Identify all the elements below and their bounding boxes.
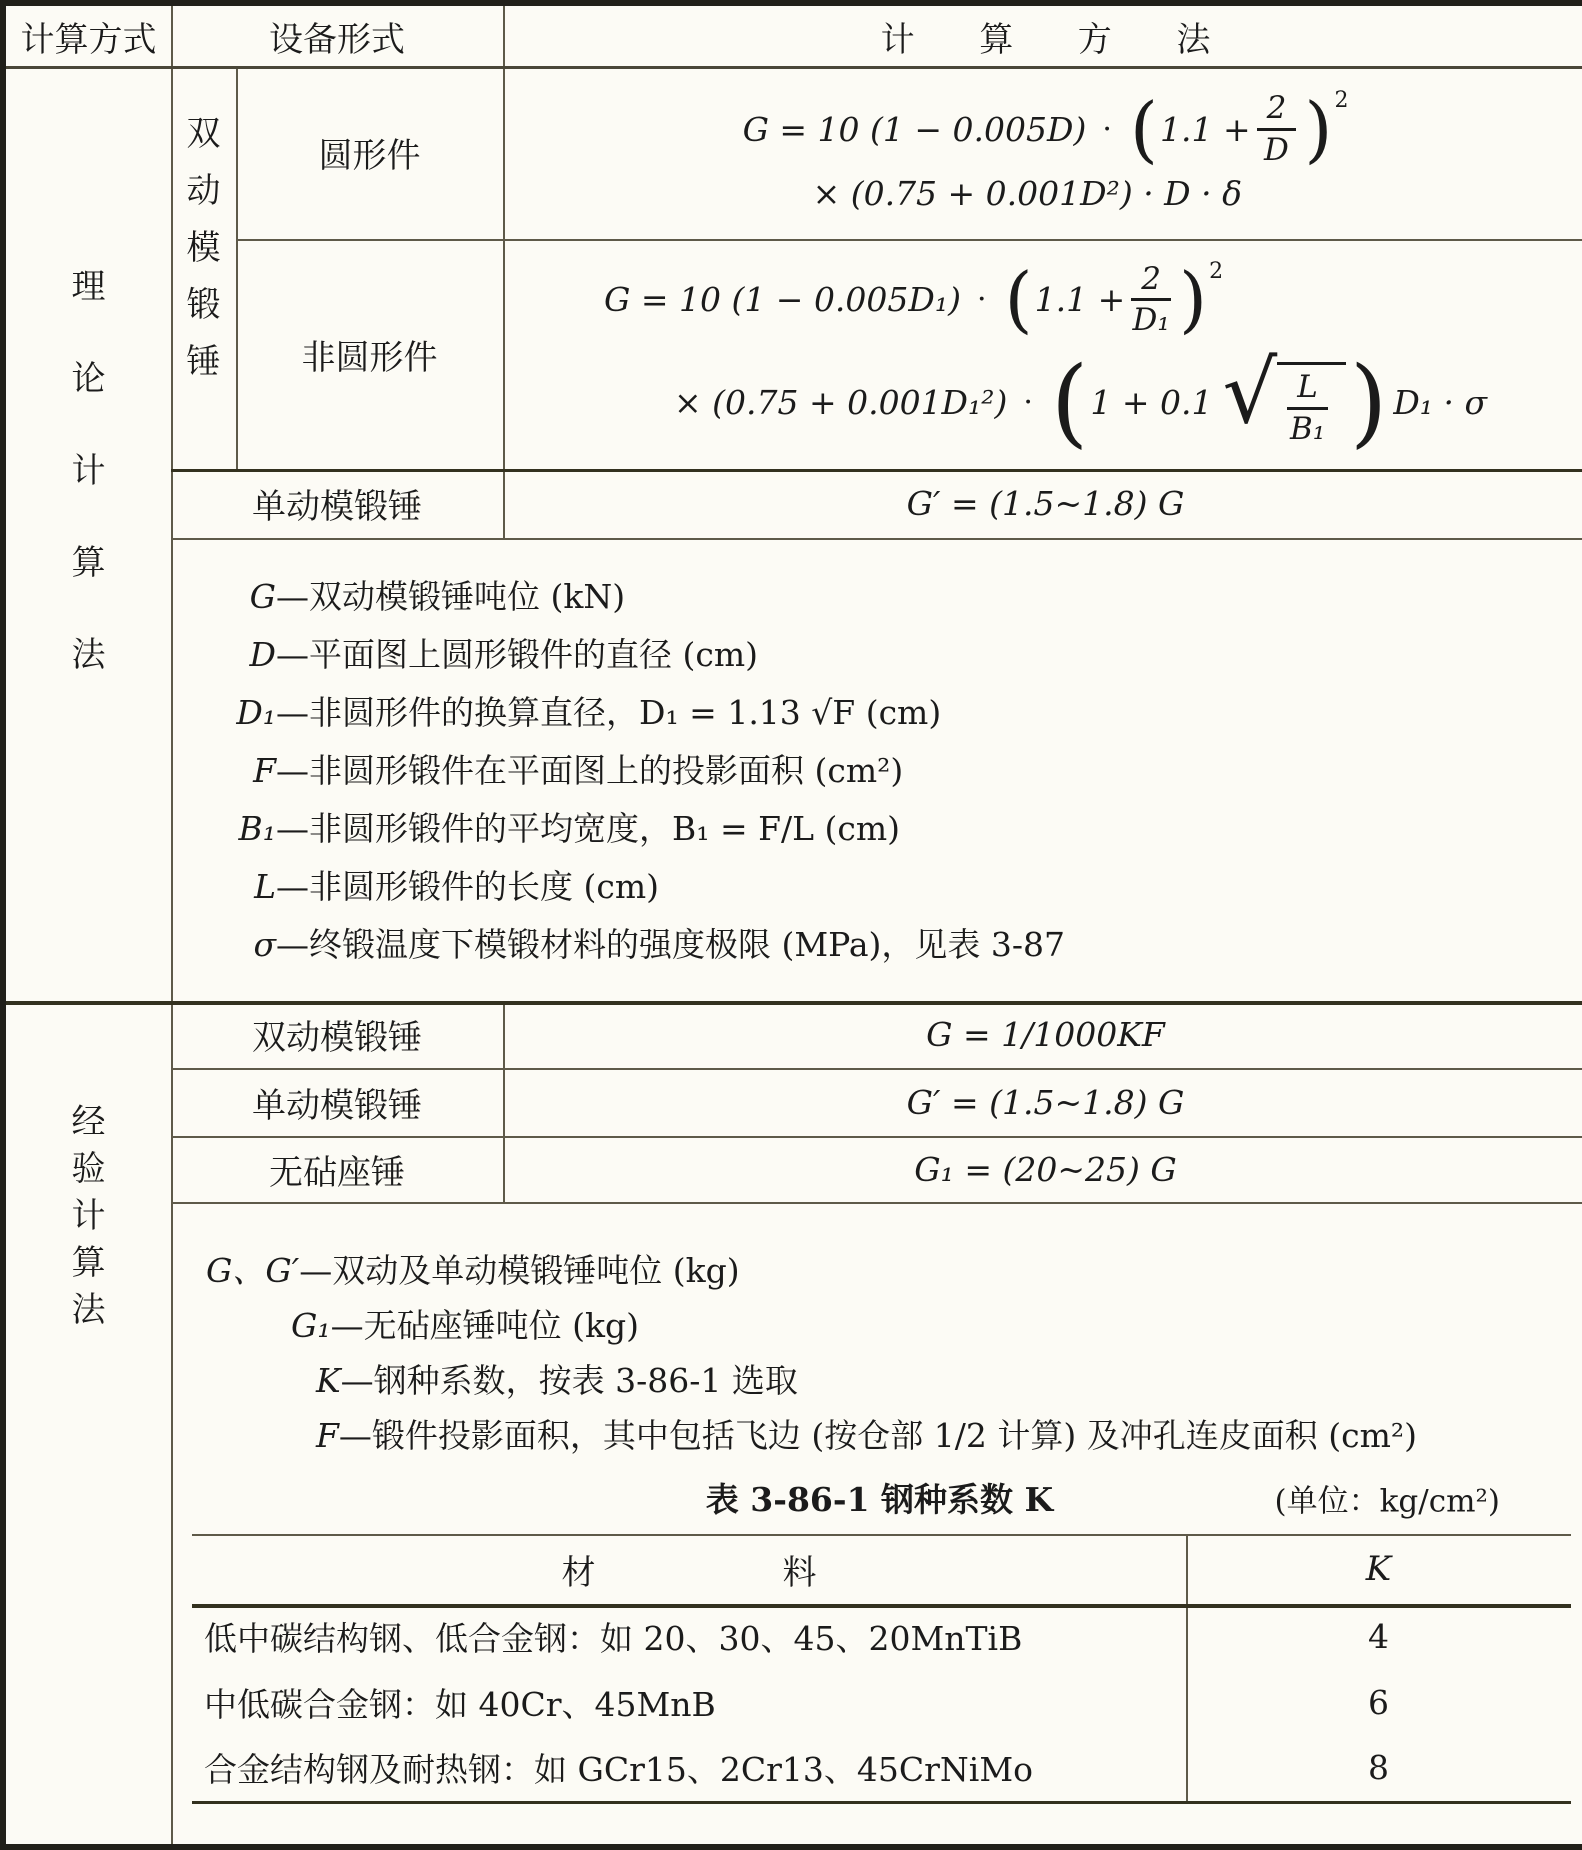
note-term: F (316, 1419, 339, 1453)
empirical-row3-label: 无砧座锤 (269, 1145, 405, 1194)
theory-single-hammer-formula-cell: G′ = (1.5~1.8) G (503, 469, 1582, 538)
note-line: G—双动模锻锤吨位 (kN) (181, 580, 1582, 614)
empirical-row3-formula-cell: G₁ = (20~25) G (503, 1136, 1582, 1202)
note-line: L—非圆形锻件的长度 (cm) (181, 870, 1582, 904)
subtable-k-value: 6 (1186, 1683, 1571, 1722)
empirical-notes-block: G、G′—双动及单动模锻锤吨位 (kg) G₁—无砧座锤吨位 (kg) K—钢种… (171, 1202, 1582, 1461)
empirical-row1-label: 双动模锻锤 (252, 1010, 422, 1059)
empirical-row2-label: 单动模锻锤 (252, 1078, 422, 1127)
note-term: B₁ (181, 812, 276, 846)
formula-text: 1.1 + (1035, 280, 1126, 319)
fraction-denominator: D (1264, 131, 1289, 167)
subtable-k-header: K (1366, 1549, 1391, 1589)
empirical-row1-label-cell: 双动模锻锤 (171, 1001, 503, 1068)
subtable-material: 中低碳合金钢：如 40Cr、45MnB (192, 1679, 1186, 1726)
subtable-title-row: 表 3-86-1 钢种系数 K (单位：kg/cm²) (171, 1461, 1582, 1534)
note-line: F—锻件投影面积，其中包括飞边 (按仓部 1/2 计算) 及冲孔连皮面积 (cm… (171, 1419, 1582, 1453)
note-term: D (181, 638, 276, 672)
empirical-row1-formula-cell: G = 1/1000KF (503, 1001, 1582, 1068)
header-method: 计算方法 (503, 6, 1582, 66)
formula-text: D₁ · σ (1393, 383, 1487, 422)
subtable-k-value: 8 (1186, 1748, 1571, 1787)
subtable-material: 合金结构钢及耐热钢：如 GCr15、2Cr13、45CrNiMo (192, 1744, 1186, 1791)
note-line: G、G′—双动及单动模锻锤吨位 (kg) (171, 1254, 1582, 1288)
empirical-section-label-text: 经验计算法 (69, 1099, 109, 1334)
formula-text: × (0.75 + 0.001D²) · D · δ (813, 174, 1242, 213)
subtable-unit: (单位：kg/cm²) (1275, 1475, 1500, 1520)
note-text: —锻件投影面积，其中包括飞边 (按仓部 1/2 计算) 及冲孔连皮面积 (cm²… (339, 1419, 1417, 1453)
formula-text: G = 10 (1 − 0.005D₁) (604, 280, 961, 319)
note-term: σ (181, 928, 276, 962)
theory-single-hammer-label: 单动模锻锤 (252, 479, 422, 528)
note-line: K—钢种系数，按表 3-86-1 选取 (171, 1364, 1582, 1398)
dot-operator: · (1102, 112, 1112, 147)
header-calc-mode: 计算方式 (6, 6, 171, 66)
big-paren-open: ( (1005, 267, 1033, 332)
subtable-material-header: 材料 (375, 1545, 1004, 1594)
subtable-material: 低中碳结构钢、低合金钢：如 20、30、45、20MnTiB (192, 1613, 1186, 1660)
subtable-row: 低中碳结构钢、低合金钢：如 20、30、45、20MnTiB 4 (192, 1604, 1571, 1670)
handbook-table-page: 计算方式 设备形式 计算方法 理论计算法 双动模锻锤 圆形件 G = 10 (1… (0, 0, 1582, 1850)
note-term: G (181, 580, 276, 614)
empirical-section-label: 经验计算法 (6, 1001, 171, 1844)
note-term: F (181, 754, 276, 788)
subtable-k-header-cell: K (1186, 1534, 1571, 1604)
circular-formula-cell: G = 10 (1 − 0.005D) · ( 1.1 + 2D ) 2 × (… (503, 66, 1582, 239)
subtable-title: 表 3-86-1 钢种系数 K (706, 1474, 1053, 1521)
dot-operator: · (1023, 385, 1033, 420)
note-line: B₁—非圆形锻件的平均宽度，B₁ = F/L (cm) (181, 812, 1582, 846)
big-paren-open: ( (1130, 97, 1158, 162)
subtable-row: 合金结构钢及耐热钢：如 GCr15、2Cr13、45CrNiMo 8 (192, 1735, 1571, 1801)
empirical-row3-label-cell: 无砧座锤 (171, 1136, 503, 1202)
header-calc-mode-label: 计算方式 (21, 12, 157, 61)
big-paren-open: ( (1051, 359, 1088, 445)
note-text: —无砧座锤吨位 (kg) (331, 1309, 639, 1343)
note-line: σ—终锻温度下模锻材料的强度极限 (MPa)，见表 3-87 (181, 928, 1582, 962)
note-text: —非圆形锻件的平均宽度，B₁ = F/L (cm) (276, 812, 900, 846)
header-equipment: 设备形式 (171, 6, 503, 66)
note-text: —双动及单动模锻锤吨位 (kg) (299, 1254, 739, 1288)
circular-label: 圆形件 (319, 128, 421, 177)
exponent: 2 (1209, 259, 1223, 284)
noncircular-formula-cell: G = 10 (1 − 0.005D₁) · ( 1.1 + 2D₁ ) 2 ×… (503, 239, 1582, 469)
fraction-numerator: 2 (1257, 92, 1297, 131)
note-text: —非圆形锻件在平面图上的投影面积 (cm²) (276, 754, 903, 788)
subtable-material-header-cell: 材料 (192, 1534, 1186, 1604)
formula-text: 1 + 0.1 (1090, 383, 1212, 422)
noncircular-formula-line1: G = 10 (1 − 0.005D₁) · ( 1.1 + 2D₁ ) 2 (604, 263, 1223, 337)
empirical-row3-formula: G₁ = (20~25) G (914, 1150, 1176, 1189)
note-text: —双动模锻锤吨位 (kN) (276, 580, 625, 614)
note-text: —终锻温度下模锻材料的强度极限 (MPa)，见表 3-87 (276, 928, 1065, 962)
circular-formula-line2: × (0.75 + 0.001D²) · D · δ (743, 174, 1242, 213)
fraction-numerator: 2 (1131, 263, 1171, 302)
theory-double-hammer-label-text: 双动模锻锤 (184, 106, 224, 391)
note-text: —钢种系数，按表 3-86-1 选取 (341, 1364, 798, 1398)
theory-double-hammer-label: 双动模锻锤 (171, 66, 236, 469)
header-equipment-label: 设备形式 (269, 12, 405, 61)
subtable-row: 中低碳合金钢：如 40Cr、45MnB 6 (192, 1670, 1571, 1736)
note-line: D₁—非圆形件的换算直径，D₁ = 1.13 √F (cm) (181, 696, 1582, 730)
note-line: D—平面图上圆形锻件的直径 (cm) (181, 638, 1582, 672)
formula-text: × (0.75 + 0.001D₁²) (674, 383, 1007, 422)
note-text: —平面图上圆形锻件的直径 (cm) (276, 638, 758, 672)
radical-sign: √ (1222, 359, 1277, 428)
theory-notes-block: G—双动模锻锤吨位 (kN) D—平面图上圆形锻件的直径 (cm) D₁—非圆形… (171, 538, 1582, 1001)
empirical-row2-formula-cell: G′ = (1.5~1.8) G (503, 1068, 1582, 1136)
fraction: LB₁ (1287, 371, 1328, 445)
subtable-k-value: 4 (1186, 1617, 1571, 1656)
empirical-row1-formula: G = 1/1000KF (926, 1015, 1165, 1054)
grid-line-page-bottom (6, 1844, 1582, 1850)
header-method-label: 计算方法 (816, 12, 1275, 61)
note-line: G₁—无砧座锤吨位 (kg) (171, 1309, 1582, 1343)
exponent: 2 (1334, 88, 1348, 113)
fraction-denominator: B₁ (1290, 410, 1325, 446)
note-line: F—非圆形锻件在平面图上的投影面积 (cm²) (181, 754, 1582, 788)
noncircular-formula-line2: × (0.75 + 0.001D₁²) · ( 1 + 0.1 √ LB₁ ) … (604, 359, 1487, 445)
square-root: √ LB₁ (1222, 359, 1345, 445)
fraction-denominator: D₁ (1132, 301, 1169, 337)
big-paren-close: ) (1304, 97, 1332, 162)
note-term: G₁ (291, 1309, 331, 1343)
theory-single-hammer-formula: G′ = (1.5~1.8) G (907, 484, 1185, 523)
formula-text: 1.1 + (1160, 110, 1251, 149)
theory-single-hammer-label-cell: 单动模锻锤 (171, 469, 503, 538)
fraction: 2D₁ (1131, 263, 1171, 337)
note-term: K (316, 1364, 341, 1398)
circular-label-cell: 圆形件 (236, 66, 503, 239)
theory-section-label: 理论计算法 (6, 66, 171, 1001)
empirical-row2-label-cell: 单动模锻锤 (171, 1068, 503, 1136)
note-text: —非圆形锻件的长度 (cm) (276, 870, 659, 904)
fraction: 2D (1257, 92, 1297, 166)
formula-text: G = 10 (1 − 0.005D) (743, 110, 1087, 149)
noncircular-label-cell: 非圆形件 (236, 239, 503, 469)
theory-section-label-text: 理论计算法 (69, 241, 109, 701)
circular-formula-line1: G = 10 (1 − 0.005D) · ( 1.1 + 2D ) 2 (743, 92, 1349, 166)
empirical-row2-formula: G′ = (1.5~1.8) G (907, 1083, 1185, 1122)
noncircular-label: 非圆形件 (302, 330, 438, 379)
subtable-body: 低中碳结构钢、低合金钢：如 20、30、45、20MnTiB 4 中低碳合金钢：… (192, 1604, 1571, 1801)
dot-operator: · (977, 282, 987, 317)
note-term: G、G′ (206, 1254, 299, 1288)
big-paren-close: ) (1179, 267, 1207, 332)
note-text: —非圆形件的换算直径，D₁ = 1.13 √F (cm) (276, 696, 941, 730)
note-term: D₁ (181, 696, 276, 730)
fraction-numerator: L (1287, 371, 1328, 410)
big-paren-close: ) (1350, 359, 1387, 445)
grid-line-subtable-bottom (192, 1801, 1571, 1804)
note-term: L (181, 870, 276, 904)
